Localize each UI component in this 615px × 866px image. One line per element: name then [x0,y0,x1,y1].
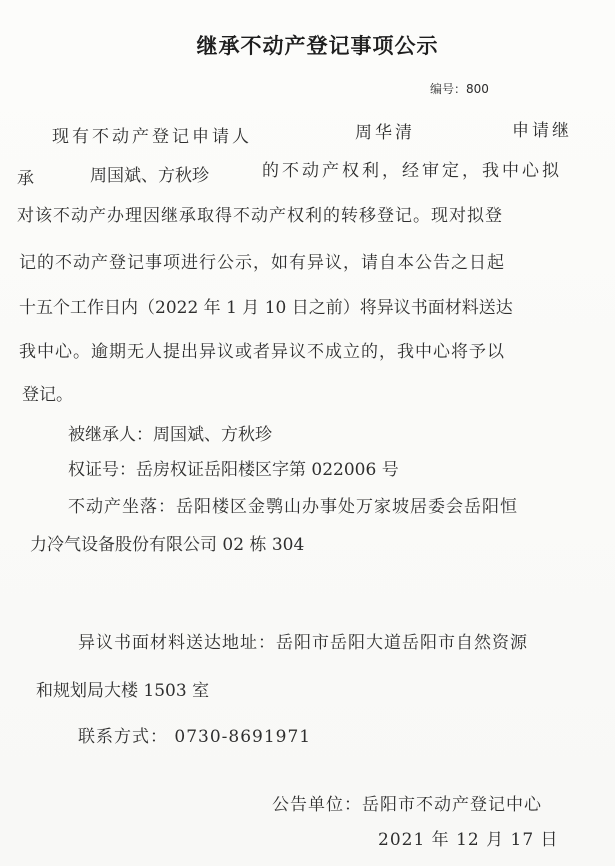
body-line-5: 十五个工作日内（2022 年 1 月 10 日之前）将异议书面材料送达 [19,293,513,318]
body-line-7: 登记。 [22,380,73,405]
body-line-2b: 的不动产权利，经审定，我中心拟 [262,156,562,181]
contact-field: 联系方式： 0730-8691971 [78,722,311,747]
body-line-6: 我中心。逾期无人提出异议或者异议不成立的，我中心将予以 [19,337,505,362]
location-line-1: 不动产坐落：岳阳楼区金鹗山办事处万家坡居委会岳阳恒 [68,492,518,517]
body-line-1b: 申请继 [512,116,572,141]
decedents-field: 被继承人：周国斌、方秋珍 [68,420,272,445]
document-number: 编号：800 [430,80,489,97]
body-line-4: 记的不动产登记事项进行公示，如有异议，请自本公告之日起 [19,248,505,273]
applicant-name: 周华清 [355,118,415,143]
document-page: 继承不动产登记事项公示 编号：800 现有不动产登记申请人 周华清 申请继 承 … [0,0,615,866]
decedents-inline: 周国斌、方秋珍 [90,161,209,186]
location-line-2: 力冷气设备股份有限公司 02 栋 304 [30,530,304,555]
objection-address-line-2: 和规划局大楼 1503 室 [36,676,209,701]
body-line-3: 对该不动产办理因继承取得不动产权利的转移登记。现对拟登 [17,201,503,226]
certificate-field: 权证号：岳房权证岳阳楼区字第 022006 号 [68,455,399,480]
body-line-2a: 承 [17,164,34,189]
issue-date: 2021 年 12 月 17 日 [378,825,559,850]
issuer: 公告单位：岳阳市不动产登记中心 [272,790,542,815]
document-title: 继承不动产登记事项公示 [0,30,615,60]
objection-address-line-1: 异议书面材料送达地址：岳阳市岳阳大道岳阳市自然资源 [78,628,528,653]
body-line-1a: 现有不动产登记申请人 [52,122,252,147]
